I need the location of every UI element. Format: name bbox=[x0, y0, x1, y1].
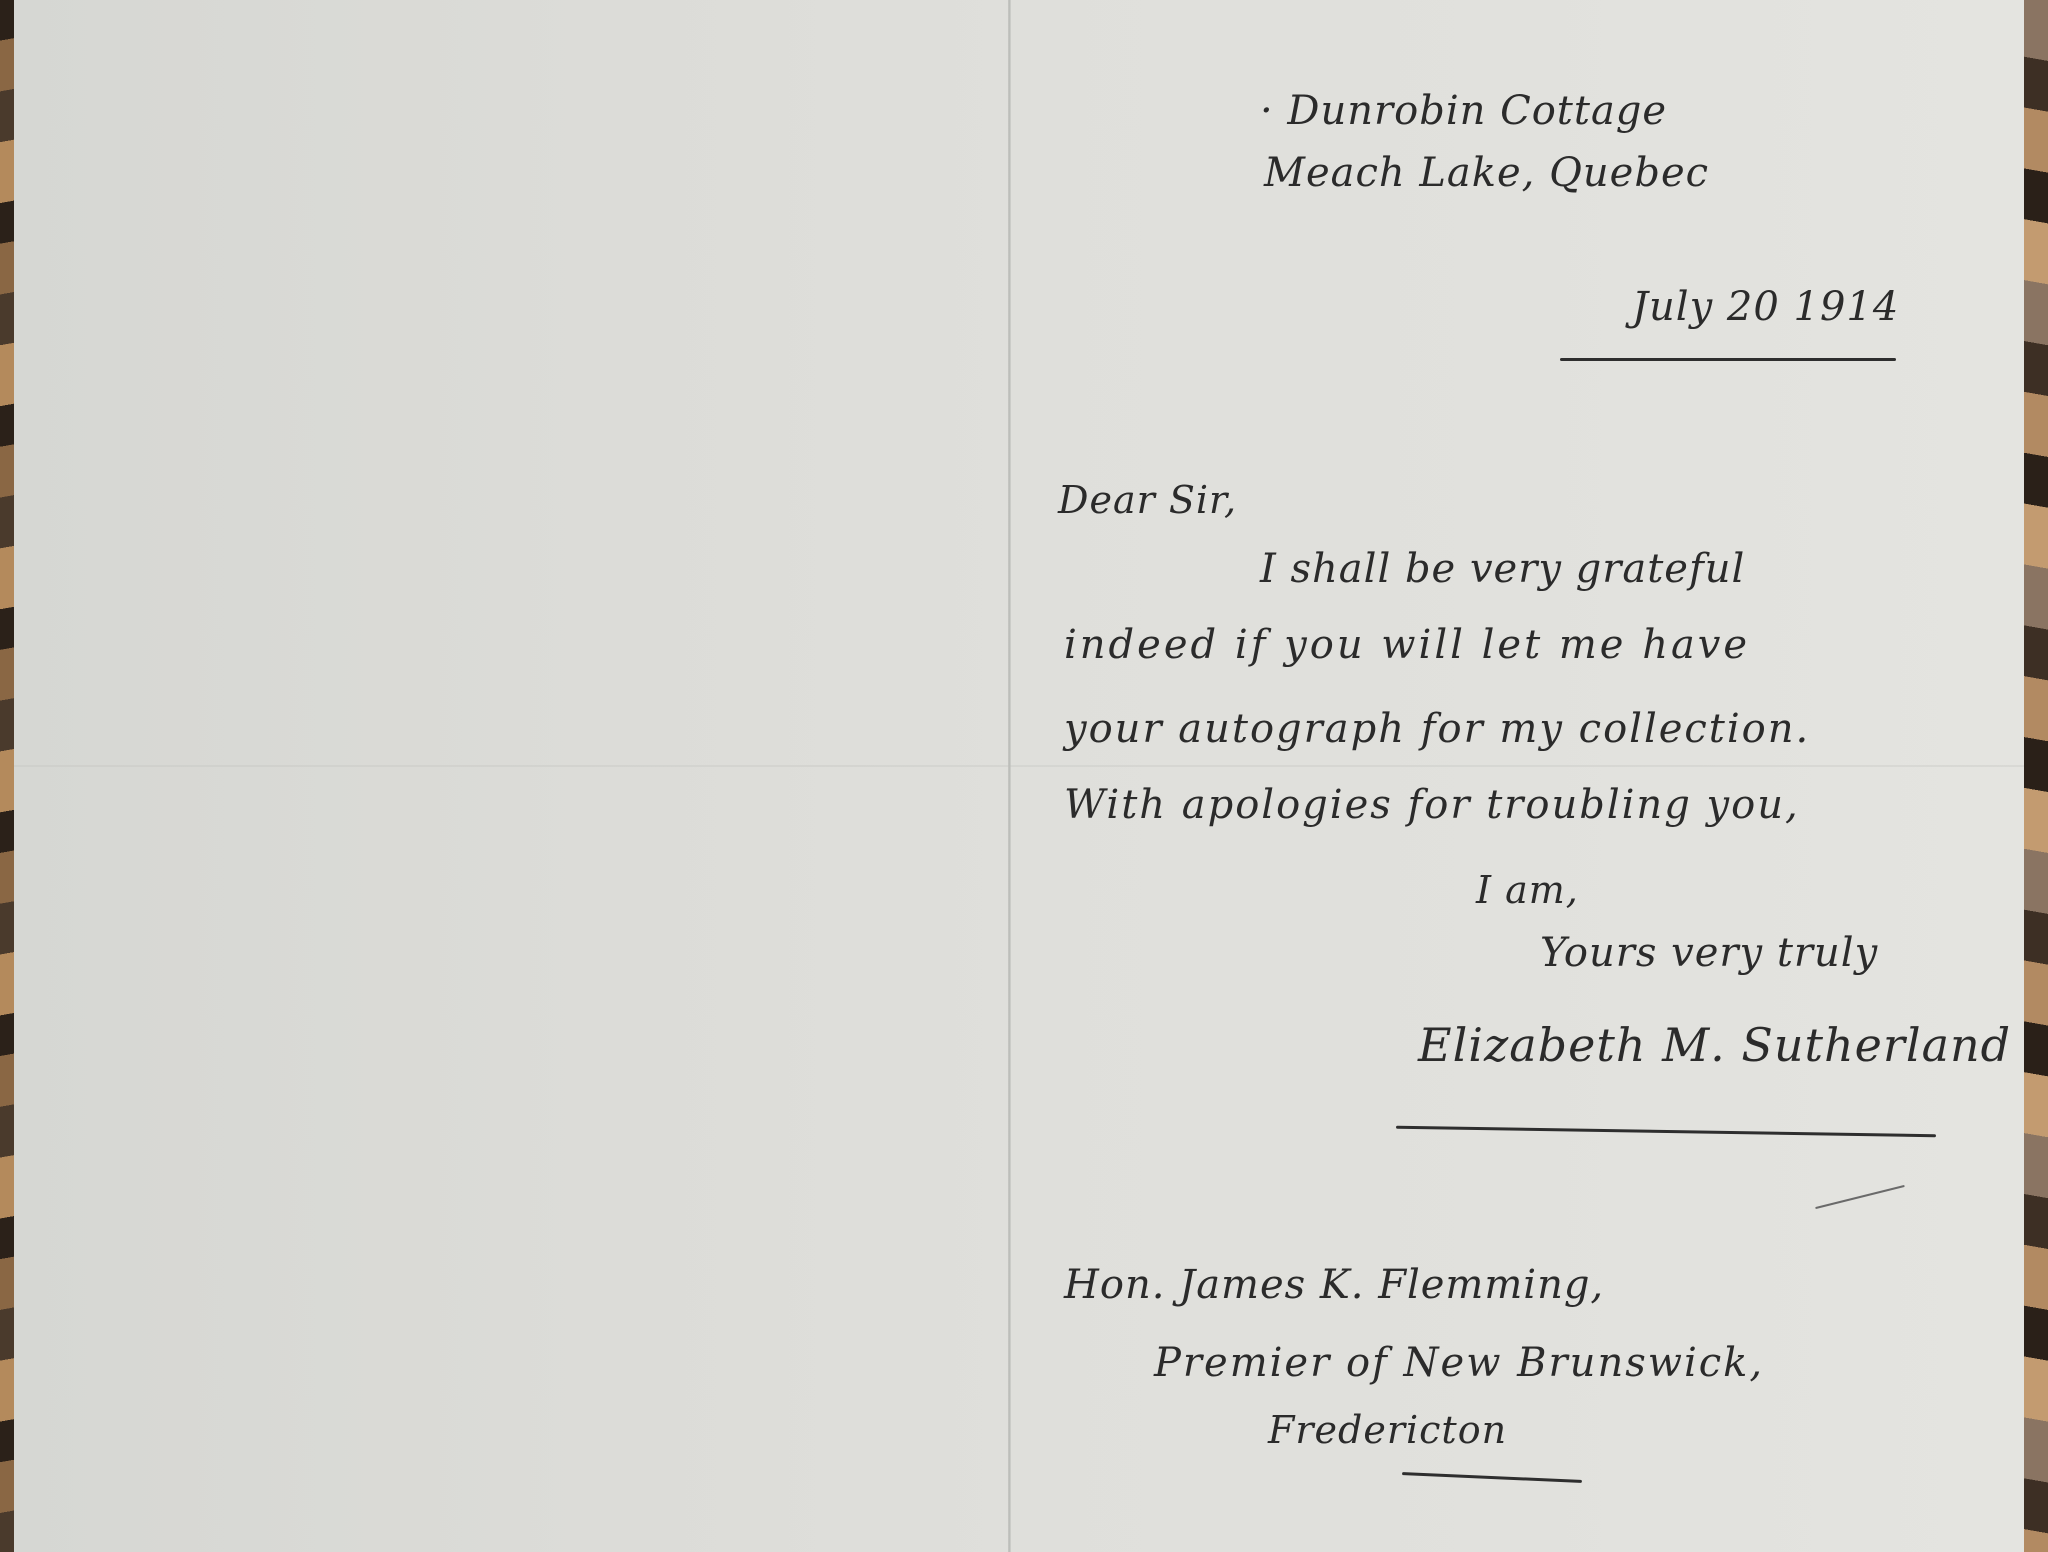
letter-date: July 20 1914 bbox=[1632, 284, 1899, 330]
letter-sheet: · Dunrobin Cottage Meach Lake, Quebec Ju… bbox=[14, 0, 2024, 1552]
signature: Elizabeth M. Sutherland bbox=[1418, 1018, 2011, 1072]
photo-background: · Dunrobin Cottage Meach Lake, Quebec Ju… bbox=[0, 0, 2048, 1552]
body-line-1: I shall be very grateful bbox=[1260, 546, 1745, 592]
body-line-3: your autograph for my collection. bbox=[1064, 706, 1810, 752]
table-edge-left bbox=[0, 0, 14, 1552]
center-fold bbox=[1008, 0, 1011, 1552]
horizontal-crease bbox=[14, 765, 2024, 767]
city-underline bbox=[1402, 1472, 1582, 1483]
address-line-2: Meach Lake, Quebec bbox=[1264, 150, 1709, 196]
signature-underline bbox=[1396, 1126, 1936, 1137]
salutation: Dear Sir, bbox=[1058, 478, 1237, 522]
table-edge-right bbox=[2024, 0, 2048, 1552]
body-line-2: indeed if you will let me have bbox=[1064, 622, 1750, 668]
flourish-stroke bbox=[1815, 1185, 1905, 1209]
closing-line-1: I am, bbox=[1476, 868, 1579, 912]
recipient-title: Premier of New Brunswick, bbox=[1154, 1340, 1764, 1386]
recipient-city: Fredericton bbox=[1268, 1408, 1507, 1452]
recipient-name: Hon. James K. Flemming, bbox=[1064, 1262, 1604, 1308]
body-line-4: With apologies for troubling you, bbox=[1064, 782, 1800, 828]
address-line-1: · Dunrobin Cottage bbox=[1260, 88, 1667, 134]
date-underline bbox=[1560, 358, 1896, 361]
closing-line-2: Yours very truly bbox=[1540, 930, 1878, 976]
